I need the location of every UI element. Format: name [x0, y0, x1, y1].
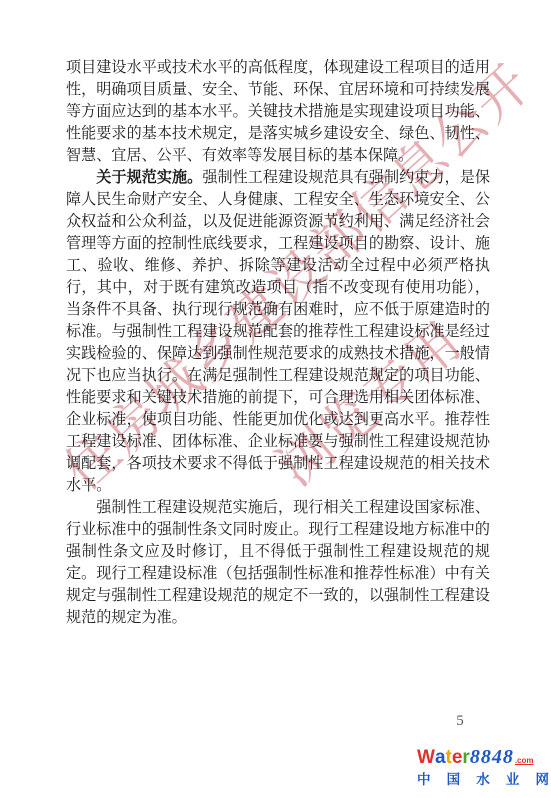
text-run: 强制性工程建设规范具有强制约束力，是保	[202, 170, 490, 186]
text-line-p3-l2: 行业标准中的强制性条文同时废止。现行工程建设地方标准中的	[66, 519, 490, 541]
text-line-p3-l6: 规范的规定为准。	[66, 607, 490, 629]
text-line-p2-l1: 关于规范实施。强制性工程建设规范具有强制约束力，是保	[66, 167, 490, 189]
logo-chinese-char: 水	[476, 771, 490, 788]
text-line-p1-l5: 智慧、宜居、公平、有效率等发展目标的基本保障。	[66, 145, 490, 167]
text-line-p3-l5: 规定与强制性工程建设规范的规定不一致的，以强制性工程建设	[66, 585, 490, 607]
bold-run-head: 关于规范实施。	[96, 169, 202, 186]
water8848-logo: Water8848.com 中国水业网	[417, 747, 549, 788]
text-line-p2-l2: 障人民生命财产安全、人身健康、工程安全、生态环境安全、公	[66, 189, 490, 211]
text-line-p2-l8: 标准。与强制性工程建设规范配套的推荐性工程建设标准是经过	[66, 321, 490, 343]
text-line-p2-l15: 水平。	[66, 475, 490, 497]
text-line-p2-l11: 性能要求和关键技术措施的前提下，可合理选用相关团体标准、	[66, 387, 490, 409]
logo-letter: r	[462, 747, 469, 768]
text-line-p2-l13: 工程建设标准、团体标准、企业标准要与强制性工程建设规范协	[66, 431, 490, 453]
logo-wordmark: Water8848.com	[417, 747, 549, 771]
text-line-p2-l5: 工、验收、维修、养护、拆除等建设活动全过程中必须严格执	[66, 255, 490, 277]
logo-chinese-char: 国	[447, 771, 461, 788]
logo-letter: a	[435, 747, 446, 768]
logo-letter: e	[452, 747, 463, 768]
text-line-p3-l1: 强制性工程建设规范实施后，现行相关工程建设国家标准、	[66, 497, 490, 519]
text-run	[66, 170, 96, 186]
logo-chinese-char: 中	[417, 771, 431, 788]
logo-letter: W	[417, 747, 435, 768]
logo-chinese-char: 网	[536, 771, 550, 788]
logo-number: 8848	[470, 747, 514, 768]
text-line-p2-l6: 行，其中，对于既有建筑改造项目（指不改变现有使用功能），	[66, 277, 490, 299]
page-number: 5	[450, 713, 470, 730]
text-line-p1-l1: 项目建设水平或技术水平的高低程度，体现建设工程项目的适用	[66, 57, 490, 79]
text-line-p2-l4: 管理等方面的控制性底线要求，工程建设项目的勘察、设计、施	[66, 233, 490, 255]
text-line-p2-l10: 况下也应当执行。在满足强制性工程建设规范规定的项目功能、	[66, 365, 490, 387]
text-line-p2-l14: 调配套，各项技术要求不得低于强制性工程建设规范的相关技术	[66, 453, 490, 475]
text-line-p2-l7: 当条件不具备、执行现行规范确有困难时，应不低于原建造时的	[66, 299, 490, 321]
body-text: 项目建设水平或技术水平的高低程度，体现建设工程项目的适用性，明确项目质量、安全、…	[66, 57, 490, 629]
text-line-p2-l3: 众权益和公众利益，以及促进能源资源节约利用、满足经济社会	[66, 211, 490, 233]
text-line-p2-l12: 企业标准，使项目功能、性能更加优化或达到更高水平。推荐性	[66, 409, 490, 431]
logo-tld: .com	[515, 750, 534, 771]
document-page: 住房城乡建设部信息公开 浏览专用 项目建设水平或技术水平的高低程度，体现建设工程…	[0, 0, 551, 798]
text-line-p3-l4: 定。现行工程建设标准（包括强制性标准和推荐性标准）中有关	[66, 563, 490, 585]
text-line-p2-l9: 实践检验的、保障达到强制性规范要求的成熟技术措施，一般情	[66, 343, 490, 365]
text-line-p3-l3: 强制性条文应及时修订，且不得低于强制性工程建设规范的规	[66, 541, 490, 563]
logo-chinese-char: 业	[506, 771, 520, 788]
text-line-p1-l2: 性，明确项目质量、安全、节能、环保、宜居环境和可持续发展	[66, 79, 490, 101]
text-line-p1-l3: 等方面应达到的基本水平。关键技术措施是实现建设项目功能、	[66, 101, 490, 123]
logo-chinese-name: 中国水业网	[417, 771, 549, 788]
text-line-p1-l4: 性能要求的基本技术规定，是落实城乡建设安全、绿色、韧性、	[66, 123, 490, 145]
